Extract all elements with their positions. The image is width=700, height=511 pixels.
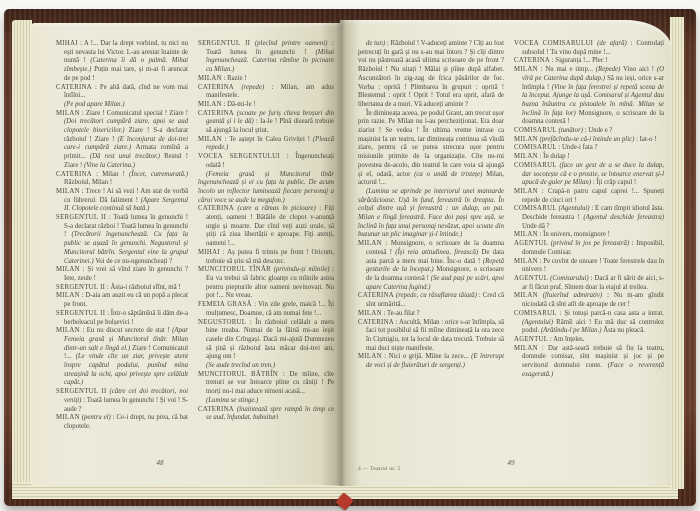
speaker-name: CATERINA (56, 84, 92, 91)
dialog-line: CATERINA : Pe altă dată, cînd ne vom mai… (56, 84, 188, 101)
text-column: MIHAI : A !... Dar la drept vorbind, tu … (56, 40, 188, 460)
dialog-line: SERGENTUL II (către cei doi trecători, n… (56, 388, 188, 414)
speaker-name: MILAN (514, 231, 538, 238)
dialog-line: MUNCITORUL BĂTRÎN : De mîine, cîte trenu… (198, 371, 334, 397)
speaker-name: MILAN (358, 310, 382, 317)
dialog-line: MILAN : Nu mai e timp... (Repede) Vino a… (514, 66, 664, 127)
stage-direction: (Femeia grasă și Muncitorul tînăr îngenu… (198, 171, 334, 206)
speaker-name: MIHAI (198, 249, 220, 256)
speaker-name: MILAN (514, 258, 538, 265)
dialog-line: MILAN (pentru el) : Ce-i drept, nu prea,… (56, 414, 188, 431)
dialog-line: MILAN : Ziare ! Comunicatul special ! Zi… (56, 110, 188, 171)
speaker-name: COMISARUL (514, 162, 557, 169)
speaker-name: MILAN (514, 292, 538, 299)
speaker-name: MILAN (56, 327, 80, 334)
speaker-name: MILAN (358, 353, 382, 360)
speaker-name: SERGENTUL II (56, 310, 105, 317)
book-photo: MIHAI : A !... Dar la drept vorbind, tu … (0, 0, 700, 511)
speaker-name: MILAN (514, 188, 538, 195)
dialog-line: AGENTUL (Comisarului) : Dacă ar fi sărit… (514, 275, 664, 292)
dialog-line: MILAN : Și vrei să vînd ziare în genunch… (56, 266, 188, 283)
speaker-name: CATERINA (198, 110, 234, 117)
dialog-line: AGENTUL (privind în jos pe fereastră) : … (514, 240, 664, 257)
dialog-line: MIHAI : Aș putea fi trimis pe front ! Or… (198, 249, 334, 266)
speaker-name: SERGENTUL II (56, 388, 107, 395)
dialog-line: MIHAI : A !... Dar la drept vorbind, tu … (56, 40, 188, 84)
speaker-name: VOCEA SERGENTULUI (198, 153, 280, 160)
speaker-name: COMISARUL (514, 144, 557, 151)
dialog-line: MILAN (fluierînd admirativ) : Nu m-am gî… (514, 292, 664, 309)
dialog-line: SERGENTUL II : Toată lumea în genunchi !… (56, 214, 188, 266)
dialog-line: CATERINA (înaintează spre rampă în timp … (198, 406, 334, 423)
speaker-name: CATERINA (358, 292, 394, 299)
dialog-line: VOCEA SERGENTULUI : Îngenuncheați odată … (198, 153, 334, 170)
speaker-name: CATERINA (56, 171, 92, 178)
speaker-name: AGENTUL (514, 336, 548, 343)
dialog-line: MILAN : Monsignore, o scrisoare de la do… (358, 240, 504, 292)
dialog-line: CATERINA (repede) : Milan, am adus manif… (198, 84, 334, 101)
dialog-line: MILAN : Te-au filat ? (358, 310, 504, 319)
dialog-line: COMISARUL (tunător) : Unde e ? (514, 127, 664, 136)
stage-direction: de tun) : Războiul ! V-aduceți aminte ? … (358, 40, 504, 110)
stage-direction: (Se aude trecînd un tren.) (198, 362, 334, 371)
dialog-line: MILAN : Nici o grijă. Mîine la zece... (… (358, 353, 504, 370)
speaker-name: MILAN (198, 101, 222, 108)
dialog-line: COMISARUL (face un gest de a se duce la … (514, 162, 664, 188)
speaker-name: CATERINA (514, 57, 550, 64)
dialog-line: MILAN : Dă-mi-le ! (198, 101, 334, 110)
page-number: 48 (30, 459, 290, 467)
speaker-name: COMISARUL (514, 127, 557, 134)
text-column: VOCEA COMISARULUI (de afară) : Controlaț… (514, 40, 664, 456)
dialog-line: MILAN : Crapă-n patru capul caprei !... … (514, 188, 664, 205)
text-column: de tun) : Războiul ! V-aduceți aminte ? … (358, 40, 504, 456)
speaker-name: MIHAI (56, 40, 78, 47)
dialog-line: CATERINA : Siguranța !... Plec ! (514, 57, 664, 66)
left-page-text: MIHAI : A !... Dar la drept vorbind, tu … (56, 40, 334, 460)
speaker-name: CATERINA (198, 406, 234, 413)
speaker-name: MILAN (56, 414, 80, 421)
dialog-line: SERGENTUL II : Ăsta-i războiul sfînt, mă… (56, 284, 188, 293)
speaker-name: COMISARUL (514, 205, 557, 212)
speaker-name: MILAN (514, 136, 538, 143)
dialog-line: COMISARUL (Agentului) : E cam tîmpit idi… (514, 205, 664, 231)
dialog-line: MILAN : Te aștept în Calea Griviței ! (P… (198, 136, 334, 153)
page-number: 49 (358, 459, 664, 467)
speaker-name: MILAN (514, 153, 538, 160)
dialog-line: MILAN (prefăcîndu-se că-i întinde un pli… (514, 136, 664, 145)
dialog-line: COMISARUL : Unde-i fata ? (514, 144, 664, 153)
right-page-text: de tun) : Războiul ! V-aduceți aminte ? … (358, 40, 664, 456)
speaker-name: MILAN (56, 188, 80, 195)
speaker-name: MILAN (56, 266, 80, 273)
dialog-line: CATERINA (care a rămas în picioare) : Fi… (198, 205, 334, 249)
speaker-name: MILAN (56, 110, 80, 117)
dialog-line: MILAN : Pe cuvînt de onoare ! Toate fere… (514, 258, 664, 275)
speaker-name: SERGENTUL II (198, 40, 250, 47)
dialog-line: SERGENTUL II (plecînd printre oameni) : … (198, 40, 334, 75)
speaker-name: MILAN (198, 75, 222, 82)
text-column: SERGENTUL II (plecînd printre oameni) : … (198, 40, 334, 460)
stage-direction: (Lumina se stinge.) (198, 397, 334, 406)
speaker-name: NEGUSTORUL (198, 319, 246, 326)
speaker-name: SERGENTUL II (56, 214, 106, 221)
dialog-line: MILAN : Eu nu discut secrete de stat ! (… (56, 327, 188, 388)
page-edges-left (12, 20, 32, 492)
speaker-name: MUNCITORUL BĂTRÎN (198, 371, 278, 378)
dialog-line: CATERINA (scoate pe furiș cîteva broșuri… (198, 110, 334, 136)
dialog-line: MILAN : Trece ! Ai să vezi ! Am stat de … (56, 188, 188, 214)
dialog-line: FEMEIA GRASĂ : Vin zile grele, maică !..… (198, 301, 334, 318)
speaker-name: MILAN (198, 136, 222, 143)
speaker-name: CATERINA (198, 205, 234, 212)
speaker-name: MILAN (514, 66, 538, 73)
dialog-line: NEGUSTORUL : În războiul celălalt a mers… (198, 319, 334, 363)
stage-direction: (Lumina se aprinde pe interiorul unei ma… (358, 188, 504, 240)
dialog-line: AGENTUL : Am înțeles. (514, 336, 664, 345)
left-page: MIHAI : A !... Dar la drept vorbind, tu … (30, 23, 340, 485)
speaker-name: MILAN (56, 292, 80, 299)
dialog-line: MILAN : D-aia am auzit eu că un popă a p… (56, 292, 188, 309)
dialog-line: CATERINA : Ascultă, Milan : orice s-ar î… (358, 319, 504, 354)
speaker-name: CATERINA (198, 84, 234, 91)
speaker-name: AGENTUL (514, 240, 548, 247)
speaker-name: AGENTUL (514, 275, 548, 282)
dialog-line: SERGENTUL II : Într-o săptămînă îi dăm d… (56, 310, 188, 327)
dialog-line: VOCEA COMISARULUI (de afară) : Controlaț… (514, 40, 664, 57)
dialog-line: MILAN : Razie ! (198, 75, 334, 84)
speaker-name: COMISARUL (514, 310, 557, 317)
stage-direction: În dimineața aceea, pe podul Grant, am t… (358, 110, 504, 188)
dialog-line: MILAN : În univers, monsignore ! (514, 231, 664, 240)
dialog-line: MILAN : În dulap ! (514, 153, 664, 162)
speaker-name: FEMEIA GRASĂ (198, 301, 252, 308)
stage-direction: (Pe pod apare Milan.) (56, 101, 188, 110)
speaker-name: VOCEA COMISARULUI (514, 40, 593, 47)
speaker-name: CATERINA (358, 319, 394, 326)
speaker-name: MILAN (514, 345, 538, 352)
right-page: de tun) : Războiul ! V-aduceți aminte ? … (340, 20, 672, 486)
dialog-line: CATERINA : Milan ! (Încet, cutremurată.)… (56, 171, 188, 188)
speaker-name: MUNCITORUL TÎNĂR (198, 266, 271, 273)
speaker-name: SERGENTUL II (56, 284, 105, 291)
dialog-line: MUNCITORUL TÎNĂR (privindu-și mîinile) :… (198, 266, 334, 301)
dialog-line: COMISARUL : Și totuși parcă-n casa asta … (514, 310, 664, 336)
page-edges-right (670, 17, 684, 489)
dialog-line: CATERINA (repede, cu răsuflarea tăiată) … (358, 292, 504, 309)
speaker-name: MILAN (358, 240, 382, 247)
dialog-line: MILAN : Dar astă-seară trebuie să fiu la… (514, 345, 664, 380)
